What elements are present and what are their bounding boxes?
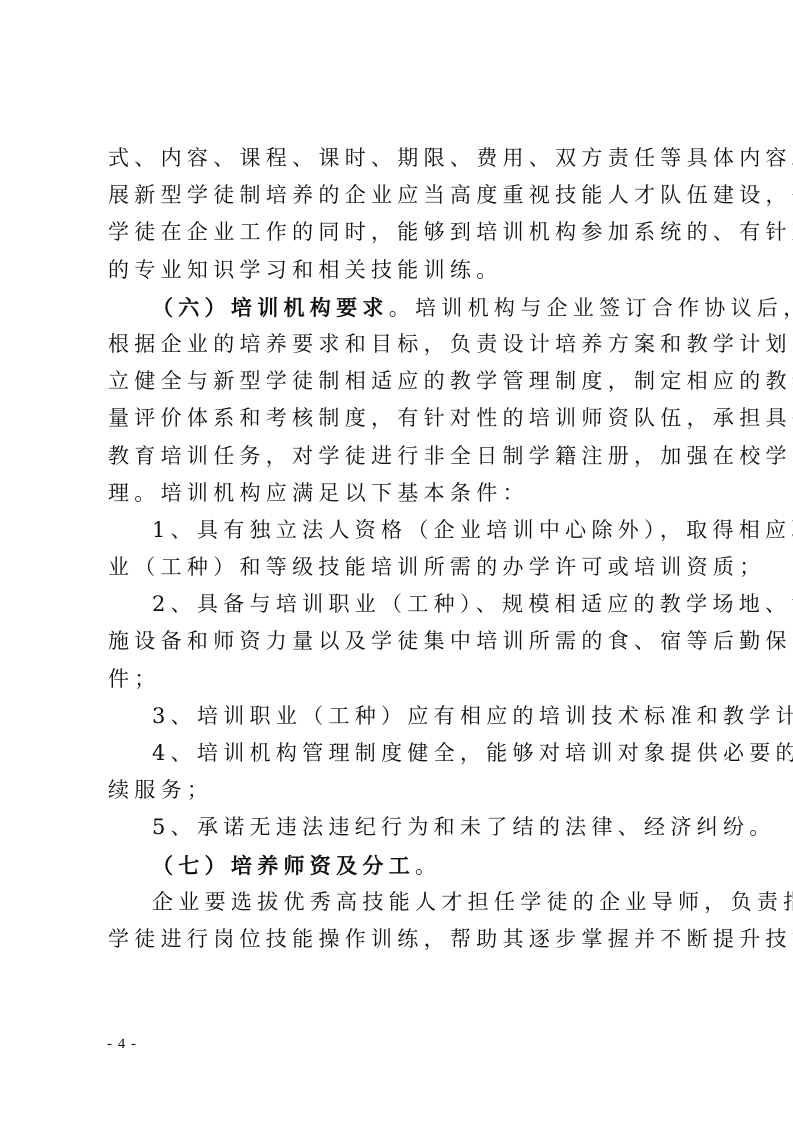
text-line: 学徒在企业工作的同时，能够到培训机构参加系统的、有针对性 bbox=[108, 214, 688, 251]
condition-1: 1、具有独立法人资格（企业培训中心除外），取得相应职 bbox=[108, 512, 688, 549]
page-number: - 4 - bbox=[107, 1036, 137, 1053]
condition-4: 4、培训机构管理制度健全，能够对培训对象提供必要的后 bbox=[108, 735, 688, 772]
condition-2-cont2: 件； bbox=[108, 661, 688, 698]
text-line: 量评价体系和考核制度，有针对性的培训师资队伍，承担具体的 bbox=[108, 400, 688, 437]
text-line: 立健全与新型学徒制相适应的教学管理制度，制定相应的教学质 bbox=[108, 363, 688, 400]
text-line: 根据企业的培养要求和目标，负责设计培养方案和教学计划，建 bbox=[108, 326, 688, 363]
condition-4-cont: 续服务； bbox=[108, 772, 688, 809]
text-line: 理。培训机构应满足以下基本条件： bbox=[108, 475, 688, 512]
section-7-title: （七）培养师资及分工 bbox=[152, 853, 415, 878]
condition-3: 3、培训职业（工种）应有相应的培训技术标准和教学计划； bbox=[108, 698, 688, 735]
text-line: 的专业知识学习和相关技能训练。 bbox=[108, 252, 688, 289]
section-6-heading: （六）培训机构要求。培训机构与企业签订合作协议后，要 bbox=[108, 289, 688, 326]
condition-2-cont: 施设备和师资力量以及学徒集中培训所需的食、宿等后勤保障条 bbox=[108, 623, 688, 660]
section-7-punct: 。 bbox=[415, 854, 441, 878]
condition-5: 5、承诺无违法违纪行为和未了结的法律、经济纠纷。 bbox=[108, 809, 688, 846]
condition-1-cont: 业（工种）和等级技能培训所需的办学许可或培训资质； bbox=[108, 549, 688, 586]
text-line: 企业要选拔优秀高技能人才担任学徒的企业导师，负责指导 bbox=[108, 884, 688, 921]
section-7-heading: （七）培养师资及分工。 bbox=[108, 847, 688, 884]
text-line: 教育培训任务，对学徒进行非全日制学籍注册，加强在校学习管 bbox=[108, 438, 688, 475]
section-6-title: （六）培训机构要求 bbox=[152, 295, 389, 320]
text-line: 式、内容、课程、课时、期限、费用、双方责任等具体内容。开 bbox=[108, 140, 688, 177]
condition-2: 2、具备与培训职业（工种）、规模相适应的教学场地、设 bbox=[108, 586, 688, 623]
text-line: 展新型学徒制培养的企业应当高度重视技能人才队伍建设，保证 bbox=[108, 177, 688, 214]
section-6-intro: 。培训机构与企业签订合作协议后，要 bbox=[389, 296, 793, 320]
document-body: 式、内容、课程、课时、期限、费用、双方责任等具体内容。开 展新型学徒制培养的企业… bbox=[108, 140, 688, 958]
text-line: 学徒进行岗位技能操作训练，帮助其逐步掌握并不断提升技能水 bbox=[108, 921, 688, 958]
